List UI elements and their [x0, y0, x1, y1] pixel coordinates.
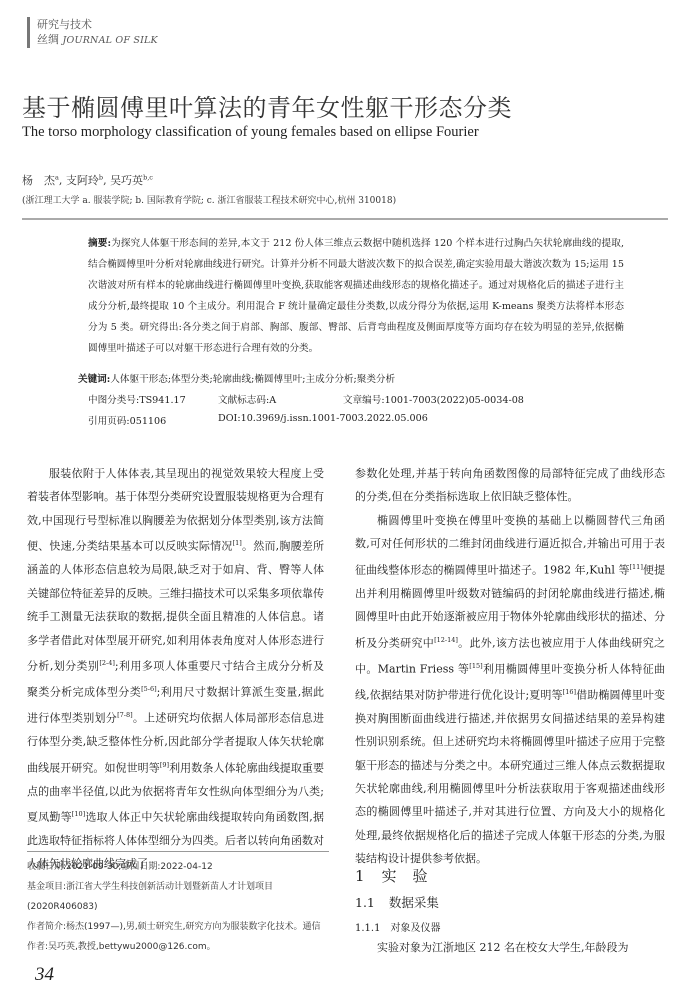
body-column-right: 参数化处理,并基于转向角函数图像的局部特征完成了曲线形态的分类,但在分类指标选取… [355, 462, 665, 871]
footnotes: 收稿日期:2021-09-30;修回日期:2022-04-12 基金项目:浙江省… [27, 857, 329, 957]
author: 支阿玲 [66, 174, 99, 187]
section-title: 实验 [382, 867, 444, 885]
citation[interactable]: [10] [72, 810, 85, 818]
text-run: 椭圆傅里叶变换在傅里叶变换的基础上以椭圆替代三角函数,可对任何形状的二维封闭曲线… [355, 514, 665, 576]
section-heading-1-1-1: 1.1.1对象及仪器 [355, 919, 440, 934]
doi-value: 10.3969/j.issn.1001-7003.2022.05.006 [241, 413, 428, 424]
paragraph: 服装依附于人体体表,其呈现出的视觉效果较大程度上受着装者体型影响。基于体型分类研… [27, 462, 324, 876]
section-heading-1-1: 1.1数据采集 [355, 893, 439, 911]
clc-label: 中图分类号: [88, 395, 139, 406]
footnote-fund: 基金项目:浙江省大学生科技创新活动计划暨新苗人才计划项目(2020R406083… [27, 877, 329, 917]
abstract-label: 摘要: [88, 238, 111, 249]
citation[interactable]: [12-14] [434, 636, 458, 644]
citation[interactable]: [2-4] [99, 659, 115, 667]
section-title: 数据采集 [389, 895, 439, 910]
section-heading-1: 1实验 [355, 865, 444, 886]
doi-label: DOI: [218, 413, 241, 424]
citation[interactable]: [16] [563, 688, 576, 696]
citation[interactable]: [1] [233, 539, 242, 547]
section-number: 1.1 [355, 895, 375, 910]
doc-code-label: 文献标志码: [218, 395, 269, 406]
article-number-label: 文章编号: [343, 395, 385, 406]
author: 杨 杰 [22, 174, 55, 187]
journal-name-cn: 丝绸 [37, 33, 59, 46]
clc-number: 中图分类号:TS941.17 [88, 392, 186, 406]
keywords: 关键词:人体躯干形态;体型分类;轮廓曲线;椭圆傅里叶;主成分分析;聚类分析 [78, 371, 395, 385]
citation[interactable]: [9] [160, 761, 169, 769]
text-run: 。然而,胸腰差所涵盖的人体形态信息较为局限,缺乏对于如肩、背、臀等人体关键部位特… [27, 540, 324, 673]
clc-value: TS941.17 [139, 395, 186, 406]
paragraph: 椭圆傅里叶变换在傅里叶变换的基础上以椭圆替代三角函数,可对任何形状的二维封闭曲线… [355, 509, 665, 871]
footnote-author-intro: 作者简介:杨杰(1997—),男,硕士研究生,研究方向为服装数字化技术。通信作者… [27, 917, 329, 957]
section-number: 1.1.1 [355, 923, 380, 934]
abstract-text: 为探究人体躯干形态间的差异,本文于 212 份人体三维点云数据中随机选择 120… [88, 238, 624, 354]
doc-code: 文献标志码:A [218, 392, 276, 406]
text-run: 借助椭圆傅里叶变换对胸围断面曲线进行描述,并依据男女间描述结果的差异构建性别识别… [355, 688, 665, 865]
doi: DOI:10.3969/j.issn.1001-7003.2022.05.006 [218, 413, 428, 424]
page-number: 34 [35, 964, 54, 986]
author: 吴巧英 [110, 174, 143, 187]
affiliation: (浙江理工大学 a. 服装学院; b. 国际教育学院; c. 浙江省服装工程技术… [22, 193, 396, 206]
paragraph: 参数化处理,并基于转向角函数图像的局部特征完成了曲线形态的分类,但在分类指标选取… [355, 462, 665, 509]
citation[interactable]: [5-6] [141, 685, 157, 693]
journal-name-en: JOURNAL OF SILK [63, 35, 158, 46]
footnote-dates: 收稿日期:2021-09-30;修回日期:2022-04-12 [27, 857, 329, 877]
divider [22, 218, 668, 220]
doc-code-value: A [269, 395, 276, 406]
footnote-divider [27, 851, 329, 852]
cite-page-label: 引用页码: [88, 416, 130, 427]
citation[interactable]: [11] [630, 563, 643, 571]
citation[interactable]: [7-8] [117, 711, 133, 719]
journal-name: 丝绸 JOURNAL OF SILK [37, 32, 158, 48]
body-column-left: 服装依附于人体体表,其呈现出的视觉效果较大程度上受着装者体型影响。基于体型分类研… [27, 462, 324, 876]
title-cn: 基于椭圆傅里叶算法的青年女性躯干形态分类 [22, 88, 512, 123]
running-head: 研究与技术 丝绸 JOURNAL OF SILK [27, 17, 158, 48]
author-affil-mark: a [55, 173, 59, 181]
author-affil-mark: b [99, 173, 103, 181]
author-affil-mark: b,c [143, 173, 153, 181]
citation[interactable]: [15] [469, 662, 482, 670]
section-title: 对象及仪器 [390, 923, 440, 934]
keywords-text: 人体躯干形态;体型分类;轮廓曲线;椭圆傅里叶;主成分分析;聚类分析 [110, 374, 395, 385]
article-number-value: 1001-7003(2022)05-0034-08 [385, 395, 524, 406]
author-list: 杨 杰a, 支阿玲b, 吴巧英b,c [22, 172, 153, 188]
cite-page-value: 051106 [130, 416, 167, 427]
title-en: The torso morphology classification of y… [22, 124, 479, 141]
article-number: 文章编号:1001-7003(2022)05-0034-08 [343, 392, 524, 406]
abstract: 摘要:为探究人体躯干形态间的差异,本文于 212 份人体三维点云数据中随机选择 … [88, 233, 624, 359]
cite-page: 引用页码:051106 [88, 413, 166, 427]
section-number: 1 [355, 867, 366, 885]
keywords-label: 关键词: [78, 374, 110, 385]
paragraph: 实验对象为江浙地区 212 名在校女大学生,年龄段为 [355, 936, 665, 959]
section-label: 研究与技术 [37, 17, 158, 32]
